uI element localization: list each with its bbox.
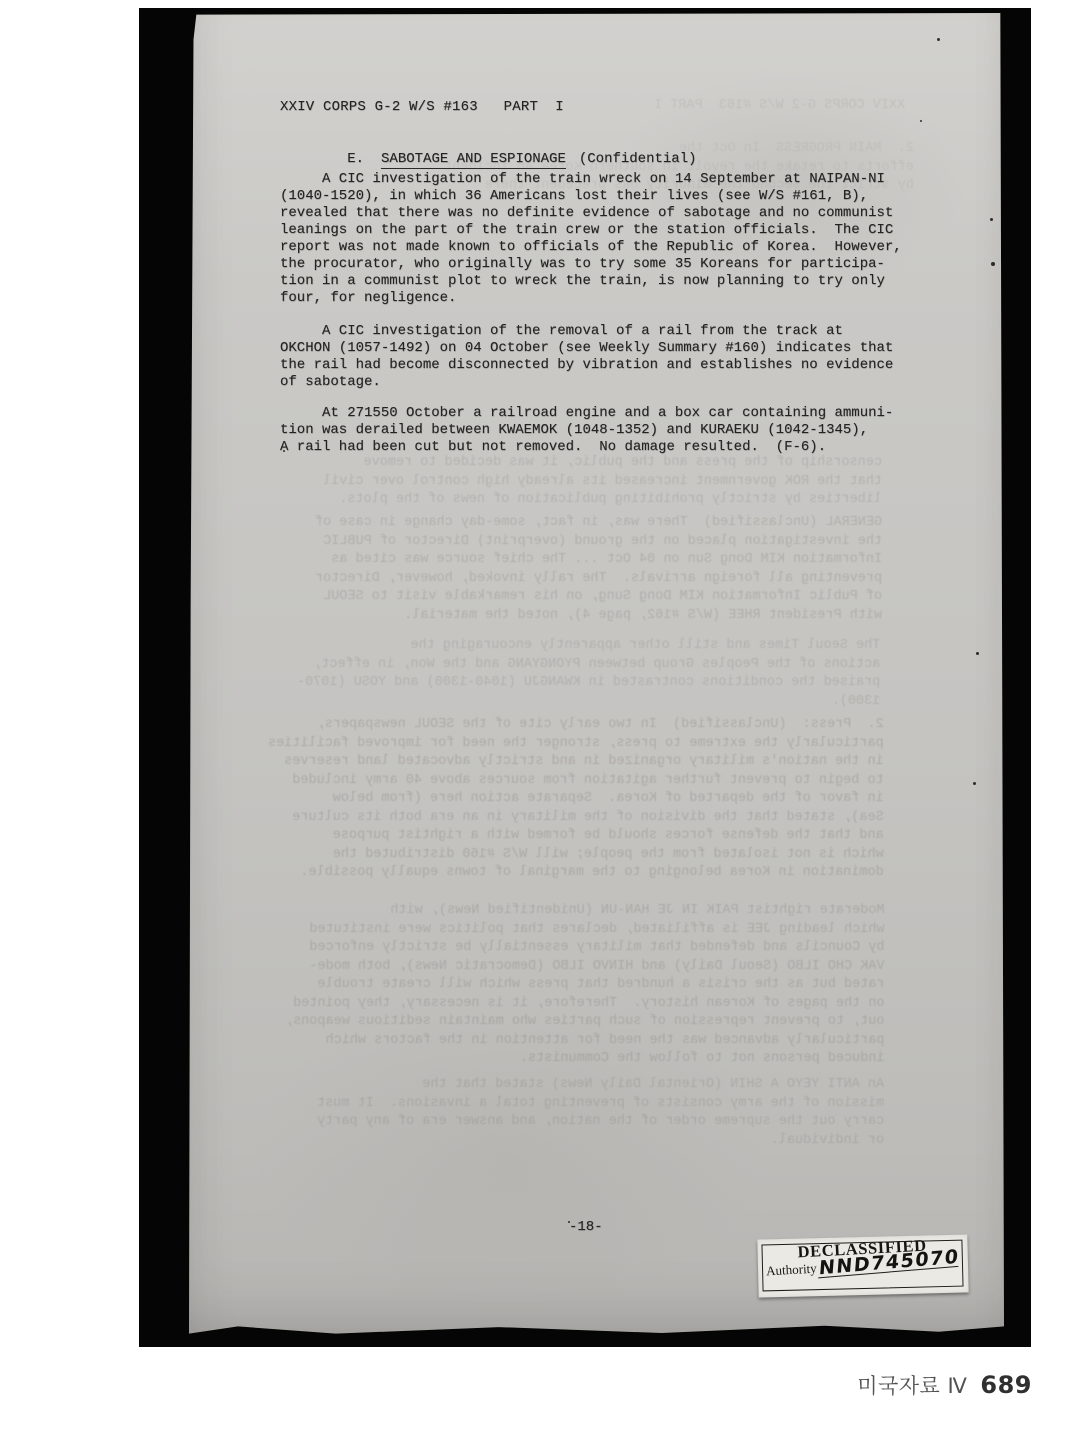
dust-speck bbox=[920, 120, 922, 122]
bleed-through-text: 2. Press: (Unclassified) In two early ci… bbox=[268, 716, 884, 883]
section-title: SABOTAGE AND ESPIONAGE bbox=[381, 151, 566, 169]
section-classification: (Confidential) bbox=[579, 151, 697, 167]
dust-speck bbox=[976, 652, 979, 655]
bleed-through-text: XXIV CORPS G-2 W/S #163 PART I bbox=[654, 97, 905, 116]
dust-speck bbox=[937, 38, 940, 41]
document-header: XXIV CORPS G-2 W/S #163 PART I bbox=[280, 99, 564, 116]
dust-speck bbox=[568, 1221, 570, 1223]
book-caption: 미국자료 Ⅳ689 bbox=[857, 1370, 1032, 1400]
bleed-through-text: An ANTI YEYO A SHIN (Oriental Daily News… bbox=[317, 1076, 884, 1150]
paragraph-train-wreck: A CIC investigation of the train wreck o… bbox=[280, 171, 902, 307]
scan-background: XXIV CORPS G-2 W/S #163 PART I 2. MAIN P… bbox=[139, 8, 1031, 1347]
paragraph-derailment: At 271550 October a railroad engine and … bbox=[280, 405, 893, 456]
stamp-authority-label: Authority bbox=[766, 1261, 817, 1279]
bleed-through-text: Moderate rightist PAIK IN JE HAN-UN (Uni… bbox=[285, 902, 885, 1069]
page-number: -18- bbox=[569, 1219, 603, 1236]
dust-speck bbox=[283, 450, 285, 452]
dust-speck bbox=[991, 262, 995, 266]
bleed-through-text: The Seoul Times and still other apparent… bbox=[297, 637, 880, 711]
section-label: E. bbox=[347, 151, 364, 167]
document-paper: XXIV CORPS G-2 W/S #163 PART I 2. MAIN P… bbox=[189, 13, 1004, 1335]
bleed-through-text: GENERAL (Unclassified) There was, in fac… bbox=[315, 514, 882, 625]
paragraph-rail-removal: A CIC investigation of the removal of a … bbox=[280, 323, 893, 391]
declassified-stamp: DECLASSIFIED AuthorityNND745070 bbox=[757, 1234, 968, 1297]
bleed-through-text: censorship of the press and the public, … bbox=[323, 454, 882, 510]
book-caption-text: 미국자료 Ⅳ bbox=[857, 1374, 967, 1398]
scanned-document-page: XXIV CORPS G-2 W/S #163 PART I 2. MAIN P… bbox=[0, 0, 1080, 1439]
dust-speck bbox=[973, 782, 976, 785]
book-page-number: 689 bbox=[980, 1371, 1032, 1399]
dust-speck bbox=[990, 218, 993, 221]
stamp-border: DECLASSIFIED AuthorityNND745070 bbox=[761, 1240, 963, 1292]
